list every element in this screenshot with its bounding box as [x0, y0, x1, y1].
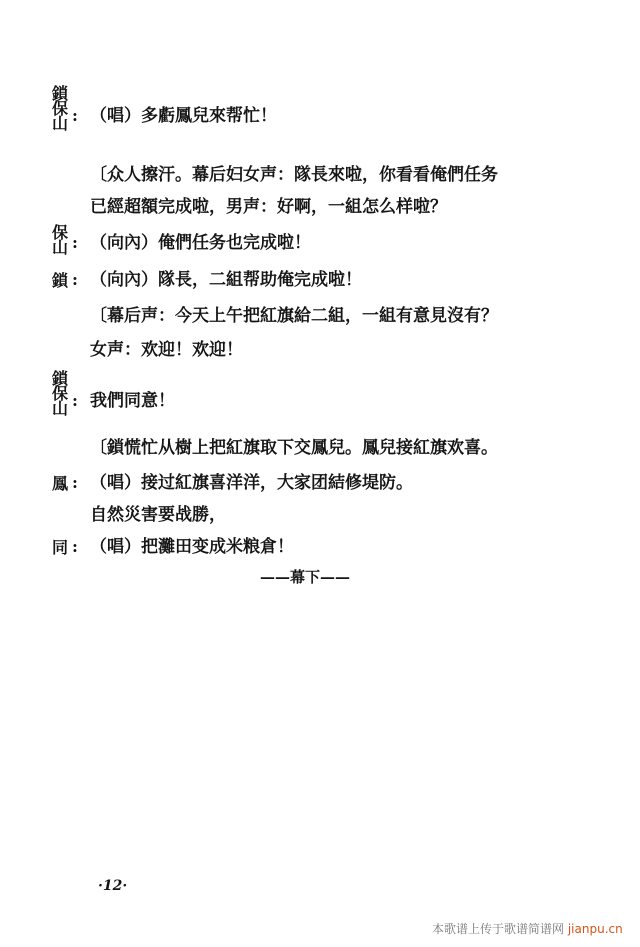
dialogue-line: （唱）多虧鳳兒來帮忙！ [90, 106, 277, 126]
speaker-suo-baoshan-2: 鎖 保 山 [52, 371, 70, 416]
speaker-baoshan: 保 山 [52, 225, 70, 255]
dialogue-line: （唱）把灘田变成米粮倉！ [90, 537, 294, 557]
page-number: ·12· [98, 878, 127, 894]
speaker-colon: : [72, 270, 78, 289]
footer-site: jianpu.cn [568, 922, 623, 936]
dialogue-line: 女声：欢迎！欢迎！ [90, 340, 243, 360]
stage-direction-cont: 已經超額完成啦，男声：好啊，一組怎么样啦？ [90, 197, 447, 217]
curtain-falls: ——幕下—— [260, 566, 350, 587]
stage-direction: 〔众人擦汗。幕后妇女声：隊長來啦，你看看俺們任务 [90, 165, 498, 185]
dialogue-line-cont: 自然災害要战勝， [90, 505, 226, 525]
speaker-suo-baoshan-1: 鎖 保 山 [52, 86, 70, 131]
speaker-colon: : [72, 106, 78, 125]
stage-direction: 〔鎖慌忙从樹上把紅旗取下交鳳兒。鳳兒接紅旗欢喜。 [90, 438, 498, 458]
speaker-feng: 鳳 [52, 476, 68, 491]
speaker-tong: 同 [52, 540, 68, 555]
dialogue-line: （向內）俺們任务也完成啦！ [90, 233, 311, 253]
speaker-char: 山 [52, 116, 70, 131]
speaker-colon: : [72, 473, 78, 492]
dialogue-line: （向內）隊長，二組帮助俺完成啦！ [90, 270, 362, 290]
dialogue-line: 我們同意！ [90, 391, 175, 411]
speaker-suo: 鎖 [52, 273, 68, 288]
speaker-char: 山 [52, 401, 70, 416]
speaker-colon: : [72, 391, 78, 410]
speaker-char: 山 [52, 240, 70, 255]
footer-text: 本歌谱上传于歌谱简谱网 [432, 922, 564, 936]
stage-direction: 〔幕后声：今天上午把紅旗給二組，一組有意見沒有？ [90, 306, 498, 326]
dialogue-line: （唱）接过紅旗喜洋洋，大家团結修堤防。 [90, 473, 413, 493]
speaker-colon: : [72, 233, 78, 252]
speaker-colon: : [72, 537, 78, 556]
watermark-footer: 本歌谱上传于歌谱简谱网 jianpu.cn [432, 920, 623, 937]
